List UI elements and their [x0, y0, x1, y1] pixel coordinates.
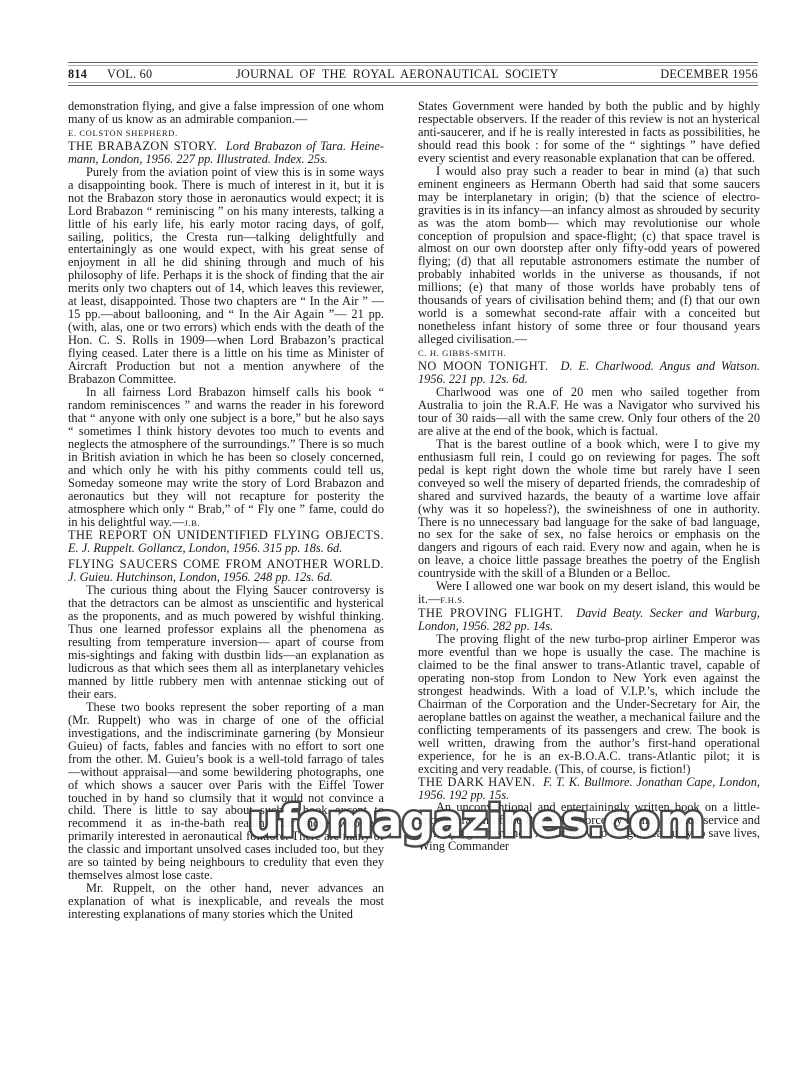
review-paragraph: I would also pray such a reader to bear … [418, 165, 760, 360]
journal-page: 814 VOL. 60 JOURNAL OF THE ROYAL AERONAU… [68, 62, 758, 86]
book-title: FLYING SAUCERS COME FROM ANOTHER WORLD. [68, 557, 384, 571]
book-details: J. Guieu. Hutchinson, London, 1956. 248 … [68, 570, 333, 584]
review-paragraph: The curious thing about the Flying Sauce… [68, 584, 384, 701]
reviewer-signature: C. H. GIBBS-SMITH. [418, 348, 506, 358]
journal-title: JOURNAL OF THE ROYAL AERONAUTICAL SOCIET… [236, 67, 559, 82]
review-paragraph: That is the barest outline of a book whi… [418, 438, 760, 580]
review-paragraph: The proving flight of the new turbo-prop… [418, 633, 760, 775]
running-header: 814 VOL. 60 JOURNAL OF THE ROYAL AERONAU… [68, 62, 758, 86]
review-paragraph: Were I allowed one war book on my desert… [418, 580, 760, 607]
reviewer-signature: E. COLSTON SHEPHERD. [68, 128, 178, 138]
book-title: THE DARK HAVEN. [418, 775, 535, 789]
volume-label: VOL. 60 [107, 67, 152, 82]
review-heading-no-moon: NO MOON TONIGHT. D. E. Charlwood. Angus … [418, 360, 760, 386]
book-title: NO MOON TONIGHT. [418, 359, 549, 373]
site-watermark: ufomagazines.com [248, 796, 704, 847]
review-heading-proving-flight: THE PROVING FLIGHT. David Beaty. Secker … [418, 607, 760, 633]
right-column: States Government were handed by both th… [418, 100, 760, 853]
book-details: E. J. Ruppelt. Gollancz, London, 1956. 3… [68, 541, 342, 555]
issue-date: DECEMBER 1956 [660, 67, 758, 82]
reviewer-signature: F.H.S. [440, 595, 465, 605]
review-paragraph: Charlwood was one of 20 men who sailed t… [418, 386, 760, 438]
review-paragraph: In all fairness Lord Brabazon himself ca… [68, 386, 384, 529]
reviewer-signature: J.B. [184, 518, 200, 528]
review-paragraph: These two books represent the sober repo… [68, 701, 384, 882]
page-number: 814 [68, 67, 87, 82]
review-heading-ufo-report: THE REPORT ON UNIDENTIFIED FLYING OBJECT… [68, 529, 384, 555]
continued-review-end: demonstration flying, and give a false i… [68, 100, 384, 140]
book-title: THE PROVING FLIGHT. [418, 606, 563, 620]
review-paragraph: States Government were handed by both th… [418, 100, 760, 165]
review-heading-brabazon: THE BRABAZON STORY. Lord Brabazon of Tar… [68, 140, 384, 166]
book-title: THE REPORT ON UNIDENTIFIED FLYING OBJECT… [68, 528, 384, 542]
book-title: THE BRABAZON STORY. [68, 139, 217, 153]
review-paragraph: Purely from the aviation point of view t… [68, 166, 384, 386]
review-paragraph: Mr. Ruppelt, on the other hand, never ad… [68, 882, 384, 921]
review-heading-flying-saucers: FLYING SAUCERS COME FROM ANOTHER WORLD. … [68, 558, 384, 584]
